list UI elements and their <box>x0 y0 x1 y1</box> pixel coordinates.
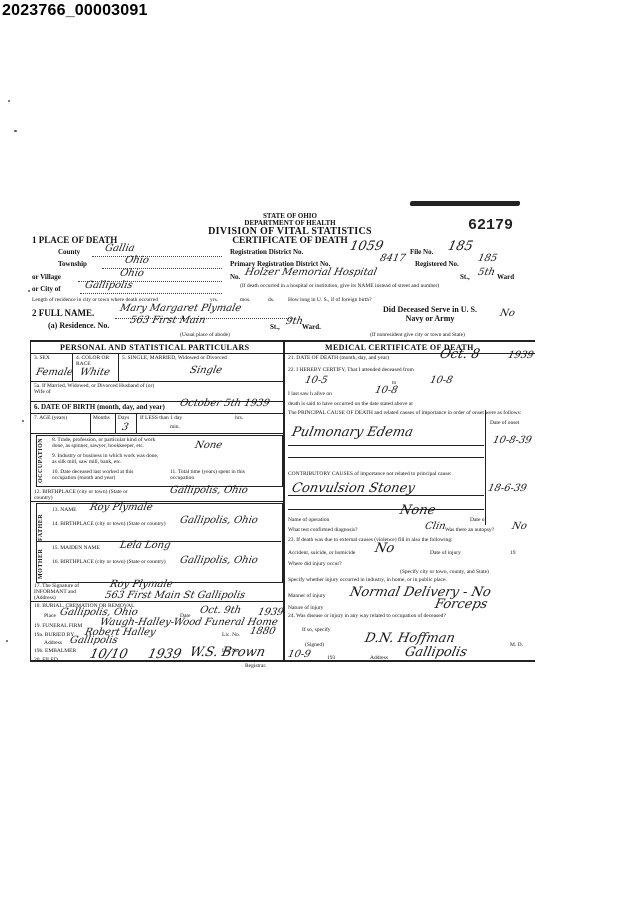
scan-edge-mark <box>410 201 521 206</box>
ward-label: Ward <box>497 273 514 281</box>
where-injury-note: (Specify city or town, county, and State… <box>400 569 489 575</box>
village-value: Ohio <box>119 268 145 279</box>
scan-speck <box>22 420 24 422</box>
city-label: or City of <box>32 285 61 293</box>
informant-label: 17. The Signature of INFORMANT and (Addr… <box>34 583 94 601</box>
mother-name-value: Lela Long <box>119 540 172 551</box>
city-value: Gallipolis <box>84 280 134 291</box>
contributory-label: CONTRIBUTORY CAUSES of importance not re… <box>288 471 468 477</box>
township-value: Ohio <box>124 255 150 266</box>
sign-date-value: 10-9 <box>287 649 312 660</box>
certify-label: 22. I HEREBY CERTIFY, That I attended de… <box>288 367 414 373</box>
father-name-label: 13. NAME <box>52 507 76 513</box>
last-worked-label: 10. Date deceased last worked at this oc… <box>52 469 142 481</box>
attended-from-value: 10-5 <box>304 375 329 386</box>
institution-note: (If death occurred in a hospital or inst… <box>240 283 439 289</box>
specify-label: Specify whether injury occurred in indus… <box>288 577 447 583</box>
mother-birthplace-value: Gallipolis, Ohio <box>179 555 259 566</box>
sex-label: 3. SEX <box>34 355 50 361</box>
operation-value: None <box>398 503 436 518</box>
st-label: St., <box>460 273 470 281</box>
navy-value: No <box>499 308 516 319</box>
county-label: County <box>58 248 80 256</box>
death-certificate: STATE OF OHIO DEPARTMENT OF HEALTH DIVIS… <box>30 195 535 665</box>
dob-value: October 5th 1939 <box>179 398 271 409</box>
if-so-label: If so, specify <box>302 627 331 633</box>
injury-year-label: 19 <box>510 550 516 556</box>
min-label: min. <box>170 424 180 430</box>
full-name-value: Mary Margaret Plymale <box>119 303 243 314</box>
registered-no-label: Registered No. <box>415 260 459 268</box>
birthplace-value: Gallipolis, Ohio <box>169 485 249 496</box>
institution-no-label: No. <box>230 273 240 281</box>
physician-address-value: Gallipolis <box>403 645 468 660</box>
funeral-firm-label: 19. FUNERAL FIRM <box>34 623 82 629</box>
nature-value: Forceps <box>433 597 489 612</box>
age-label: 7. AGE (years) <box>34 415 67 421</box>
father-birthplace-label: 14. BIRTHPLACE (city or town) (State or … <box>52 521 182 527</box>
less-than-day-label: If LESS than 1 day <box>140 415 182 421</box>
registered-no-value: 185 <box>477 253 498 264</box>
occupation-vertical-label: OCCUPATION <box>38 438 44 483</box>
res-ward-label: Ward. <box>302 323 321 331</box>
place-of-death-label: 1 PLACE OF DEATH <box>32 235 117 245</box>
scan-speck <box>8 100 10 102</box>
physician-signature: D.N. Hoffman <box>363 631 456 646</box>
diagnosis-label: What test confirmed diagnosis? <box>288 527 358 533</box>
how-long-us-label: How long in U. S., if of foreign birth? <box>288 297 372 303</box>
date-of-death-label: 21. DATE OF DEATH (month, day, and year) <box>288 355 389 361</box>
file-no-label: File No. <box>410 248 433 256</box>
principal-cause-label: The PRINCIPAL CAUSE OF DEATH and related… <box>288 410 528 416</box>
burial-date-value: Oct. 9th <box>199 605 242 616</box>
marital-label: 5. SINGLE, MARRIED, Widowed or Divorced <box>122 355 282 361</box>
marital-value: Single <box>189 365 223 376</box>
institution-value: Holzer Memorial Hospital <box>244 267 378 278</box>
operation-label: Name of operation <box>288 517 329 523</box>
md-label: M. D. <box>510 642 523 648</box>
external-causes-label: 23. If death was due to external causes … <box>288 537 453 543</box>
buried-by-label: 19a. BURIED BY <box>34 632 74 638</box>
filed-year-value: 1939 <box>146 647 182 662</box>
physician-address-label: Address <box>370 655 388 661</box>
scan-speck <box>14 130 17 132</box>
scan-speck <box>6 640 8 642</box>
dob-label: 6. DATE OF BIRTH (month, day, and year) <box>34 403 165 411</box>
county-value: Gallia <box>104 243 136 254</box>
principal-cause-value: Pulmonary Edema <box>290 425 414 440</box>
injury-date-label: Date of injury <box>430 550 461 556</box>
file-no-value: 185 <box>446 239 474 254</box>
days-value: 3 <box>121 422 130 433</box>
contributory-cause-value: Convulsion Stoney <box>290 481 416 496</box>
death-said-label: death is said to have occurred on the da… <box>288 401 413 407</box>
usual-place-note: (Usual place of abode) <box>180 332 230 338</box>
attended-to-value: 10-8 <box>429 375 454 386</box>
res-st-label: St., <box>270 323 280 331</box>
full-name-label: 2 FULL NAME. <box>32 308 94 318</box>
primary-reg-value: 8417 <box>379 253 407 264</box>
last-saw-label: I last saw h alive on <box>288 391 332 397</box>
township-label: Township <box>58 260 87 268</box>
contributory-onset-value: 18-6-39 <box>487 483 528 494</box>
reg-district-value: 1059 <box>348 239 384 254</box>
signed-label: (Signed) <box>305 642 324 648</box>
father-name-value: Roy Plymale <box>89 502 154 513</box>
trade-value: None <box>194 440 223 451</box>
mother-name-label: 15. MAIDEN NAME <box>52 545 100 551</box>
color-value: White <box>79 367 111 378</box>
mother-vertical-label: MOTHER <box>38 543 44 579</box>
registrar-label: Registrar. <box>245 663 266 669</box>
autopsy-label: Was there an autopsy? <box>445 527 494 533</box>
birthplace-label: 12. BIRTHPLACE (city or town) (State or … <box>34 489 144 501</box>
principal-onset-value: 10-8-39 <box>492 435 533 446</box>
mother-birthplace-label: 16. BIRTHPLACE (city or town) (State or … <box>52 559 182 565</box>
lic-value: 1880 <box>249 626 277 637</box>
village-label: or Village <box>32 273 61 281</box>
embalmer-label: 19b. EMBALMER <box>34 648 76 654</box>
ward-value: 5th <box>477 267 496 278</box>
sex-value: Female <box>35 367 74 378</box>
buried-by-address-value: Gallipolis <box>69 635 119 646</box>
industry-label: 9. Industry or business in which work wa… <box>52 453 162 465</box>
navy-label: Did Deceased Serve in U. S. Navy or Army <box>380 305 480 323</box>
informant-address: 563 First Main St Gallipolis <box>104 590 246 601</box>
sign-year-label: 193 <box>327 655 335 661</box>
occupation-related-label: 24. Was disease or injury in any way rel… <box>288 613 446 619</box>
nonresident-note: (If nonresident give city or town and St… <box>370 332 465 338</box>
document-id: 2023766_00003091 <box>2 2 148 20</box>
trade-label: 8. Trade, profession, or particular kind… <box>52 437 162 449</box>
spouse-label: 5a. If Married, Widowed, or Divorced Hus… <box>34 383 164 395</box>
last-saw-value: 10-8 <box>374 385 399 396</box>
father-vertical-label: FATHER <box>38 505 44 541</box>
date-of-onset-label: Date of onset <box>490 420 519 426</box>
color-label: 4. COLOR OR RACE <box>76 355 116 367</box>
manner-label: Manner of injury <box>288 593 326 599</box>
stamp-number: 62179 <box>468 217 513 234</box>
operation-date-label: Date of <box>470 517 486 523</box>
filed-label: 20. FILED <box>34 657 58 663</box>
accident-value: No <box>373 541 395 556</box>
nature-label: Nature of injury <box>288 605 323 611</box>
hrs-label: hrs. <box>235 415 243 421</box>
total-time-label: 11. Total time (years) spent in this occ… <box>170 469 250 481</box>
months-label: Months <box>93 415 110 421</box>
father-birthplace-value: Gallipolis, Ohio <box>179 515 259 526</box>
diagnosis-value: Clin <box>424 521 447 532</box>
buried-by-address-label: Address <box>44 640 62 646</box>
personal-section-title: PERSONAL AND STATISTICAL PARTICULARS <box>60 343 250 352</box>
registrar-value: W.S. Brown <box>188 645 266 660</box>
lic-label: Lic. No. <box>222 632 240 638</box>
ds-label: ds. <box>268 297 274 303</box>
burial-place-label: Place <box>44 613 56 619</box>
date-of-death-value: Oct. 8 <box>438 347 481 362</box>
death-year-value: 1939 <box>507 350 535 361</box>
days-label: Days <box>118 415 129 421</box>
residence-label: (a) Residence. No. <box>48 321 109 330</box>
accident-label: Accident, suicide, or homicide <box>288 550 355 556</box>
filed-date-value: 10/10 <box>88 647 129 662</box>
residence-value: 563 First Main <box>129 315 207 326</box>
autopsy-value: No <box>511 521 528 532</box>
reg-district-label: Registration District No. <box>230 248 303 256</box>
informant-value: Roy Plymale <box>109 579 174 590</box>
where-injury-label: Where did injury occur? <box>288 561 342 567</box>
